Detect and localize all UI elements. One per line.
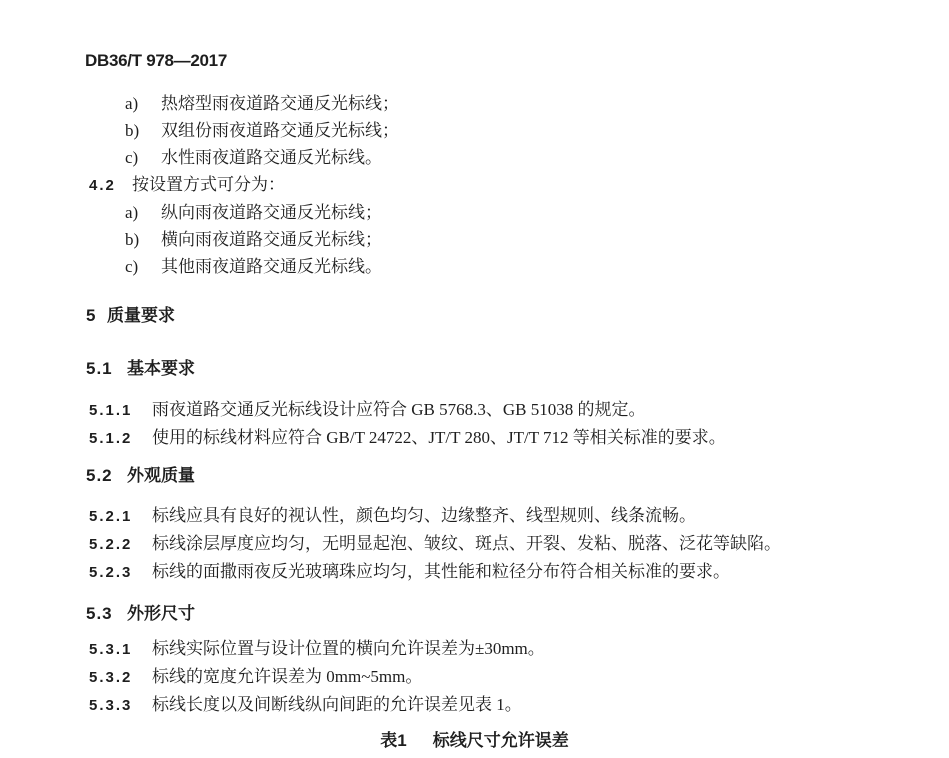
table-caption-text: 标线尺寸允许误差 xyxy=(433,731,569,750)
list-item-text: 其他雨夜道路交通反光标线。 xyxy=(161,257,382,276)
list-item-text: 热熔型雨夜道路交通反光标线； xyxy=(161,94,399,113)
clause-5-2-3: 5.2.3标线的面撒雨夜反光玻璃珠应均匀，其性能和粒径分布符合相关标准的要求。 xyxy=(0,558,949,586)
heading-text: 质量要求 xyxy=(107,306,175,325)
section-heading-5-1: 5.1基本要求 xyxy=(0,355,949,382)
clause-text: 标线的面撒雨夜反光玻璃珠应均匀，其性能和粒径分布符合相关标准的要求。 xyxy=(152,562,730,581)
clause-number: 5.2.1 xyxy=(89,503,152,530)
clause-5-2-2: 5.2.2标线涂层厚度应均匀，无明显起泡、皱纹、斑点、开裂、发粘、脱落、泛花等缺… xyxy=(0,530,949,558)
list-item-4-1-b: b)双组份雨夜道路交通反光标线； xyxy=(0,117,949,144)
clause-text: 标线长度以及间断线纵向间距的允许误差见表 1。 xyxy=(152,695,522,714)
doc-number-header: DB36/T 978—2017 xyxy=(0,47,949,74)
heading-number: 5.2 xyxy=(86,462,127,489)
list-item-label: c) xyxy=(125,144,161,171)
heading-number: 5 xyxy=(86,302,107,329)
clause-number: 5.1.2 xyxy=(89,425,152,452)
clause-number: 5.3.2 xyxy=(89,664,152,691)
clause-number: 5.2.2 xyxy=(89,531,152,558)
clause-5-2-1: 5.2.1标线应具有良好的视认性，颜色均匀、边缘整齐、线型规则、线条流畅。 xyxy=(0,502,949,530)
clause-5-1-2: 5.1.2使用的标线材料应符合 GB/T 24722、JT/T 280、JT/T… xyxy=(0,424,949,452)
list-item-label: a) xyxy=(125,199,161,226)
list-item-4-2-c: c)其他雨夜道路交通反光标线。 xyxy=(0,253,949,280)
list-item-text: 双组份雨夜道路交通反光标线； xyxy=(161,121,399,140)
table-1-caption: 表1标线尺寸允许误差 xyxy=(0,727,949,754)
heading-text: 基本要求 xyxy=(127,359,195,378)
heading-text: 外观质量 xyxy=(127,466,195,485)
list-item-label: c) xyxy=(125,253,161,280)
list-item-label: a) xyxy=(125,90,161,117)
clause-text: 使用的标线材料应符合 GB/T 24722、JT/T 280、JT/T 712 … xyxy=(152,428,726,447)
section-heading-5-2: 5.2外观质量 xyxy=(0,462,949,489)
list-item-text: 纵向雨夜道路交通反光标线； xyxy=(161,203,382,222)
section-heading-5: 5质量要求 xyxy=(0,302,949,329)
clause-number: 5.1.1 xyxy=(89,397,152,424)
list-item-4-2-a: a)纵向雨夜道路交通反光标线； xyxy=(0,199,949,226)
list-item-text: 横向雨夜道路交通反光标线； xyxy=(161,230,382,249)
clause-5-1-1: 5.1.1雨夜道路交通反光标线设计应符合 GB 5768.3、GB 51038 … xyxy=(0,396,949,424)
clause-number: 5.2.3 xyxy=(89,559,152,586)
clause-number: 4.2 xyxy=(89,172,132,199)
clause-5-3-2: 5.3.2标线的宽度允许误差为 0mm~5mm。 xyxy=(0,663,949,691)
clause-number: 5.3.3 xyxy=(89,692,152,719)
heading-number: 5.1 xyxy=(86,355,127,382)
clause-4-2: 4.2按设置方式可分为： xyxy=(0,171,949,199)
clause-text: 雨夜道路交通反光标线设计应符合 GB 5768.3、GB 51038 的规定。 xyxy=(152,400,645,419)
clause-text: 标线应具有良好的视认性，颜色均匀、边缘整齐、线型规则、线条流畅。 xyxy=(152,506,696,525)
list-item-4-1-c: c)水性雨夜道路交通反光标线。 xyxy=(0,144,949,171)
section-heading-5-3: 5.3外形尺寸 xyxy=(0,600,949,627)
clause-5-3-3: 5.3.3标线长度以及间断线纵向间距的允许误差见表 1。 xyxy=(0,691,949,719)
list-item-text: 水性雨夜道路交通反光标线。 xyxy=(161,148,382,167)
heading-text: 外形尺寸 xyxy=(127,604,195,623)
clause-text: 标线的宽度允许误差为 0mm~5mm。 xyxy=(152,667,422,686)
clause-number: 5.3.1 xyxy=(89,636,152,663)
list-item-4-2-b: b)横向雨夜道路交通反光标线； xyxy=(0,226,949,253)
clause-text: 按设置方式可分为： xyxy=(132,175,285,194)
clause-text: 标线涂层厚度应均匀，无明显起泡、皱纹、斑点、开裂、发粘、脱落、泛花等缺陷。 xyxy=(152,534,781,553)
clause-text: 标线实际位置与设计位置的横向允许误差为±30mm。 xyxy=(152,639,545,658)
list-item-label: b) xyxy=(125,226,161,253)
list-item-4-1-a: a)热熔型雨夜道路交通反光标线； xyxy=(0,90,949,117)
list-item-label: b) xyxy=(125,117,161,144)
document-page: DB36/T 978—2017 a)热熔型雨夜道路交通反光标线； b)双组份雨夜… xyxy=(0,0,949,758)
table-caption-label: 表1 xyxy=(380,731,406,750)
clause-5-3-1: 5.3.1标线实际位置与设计位置的横向允许误差为±30mm。 xyxy=(0,635,949,663)
heading-number: 5.3 xyxy=(86,600,127,627)
